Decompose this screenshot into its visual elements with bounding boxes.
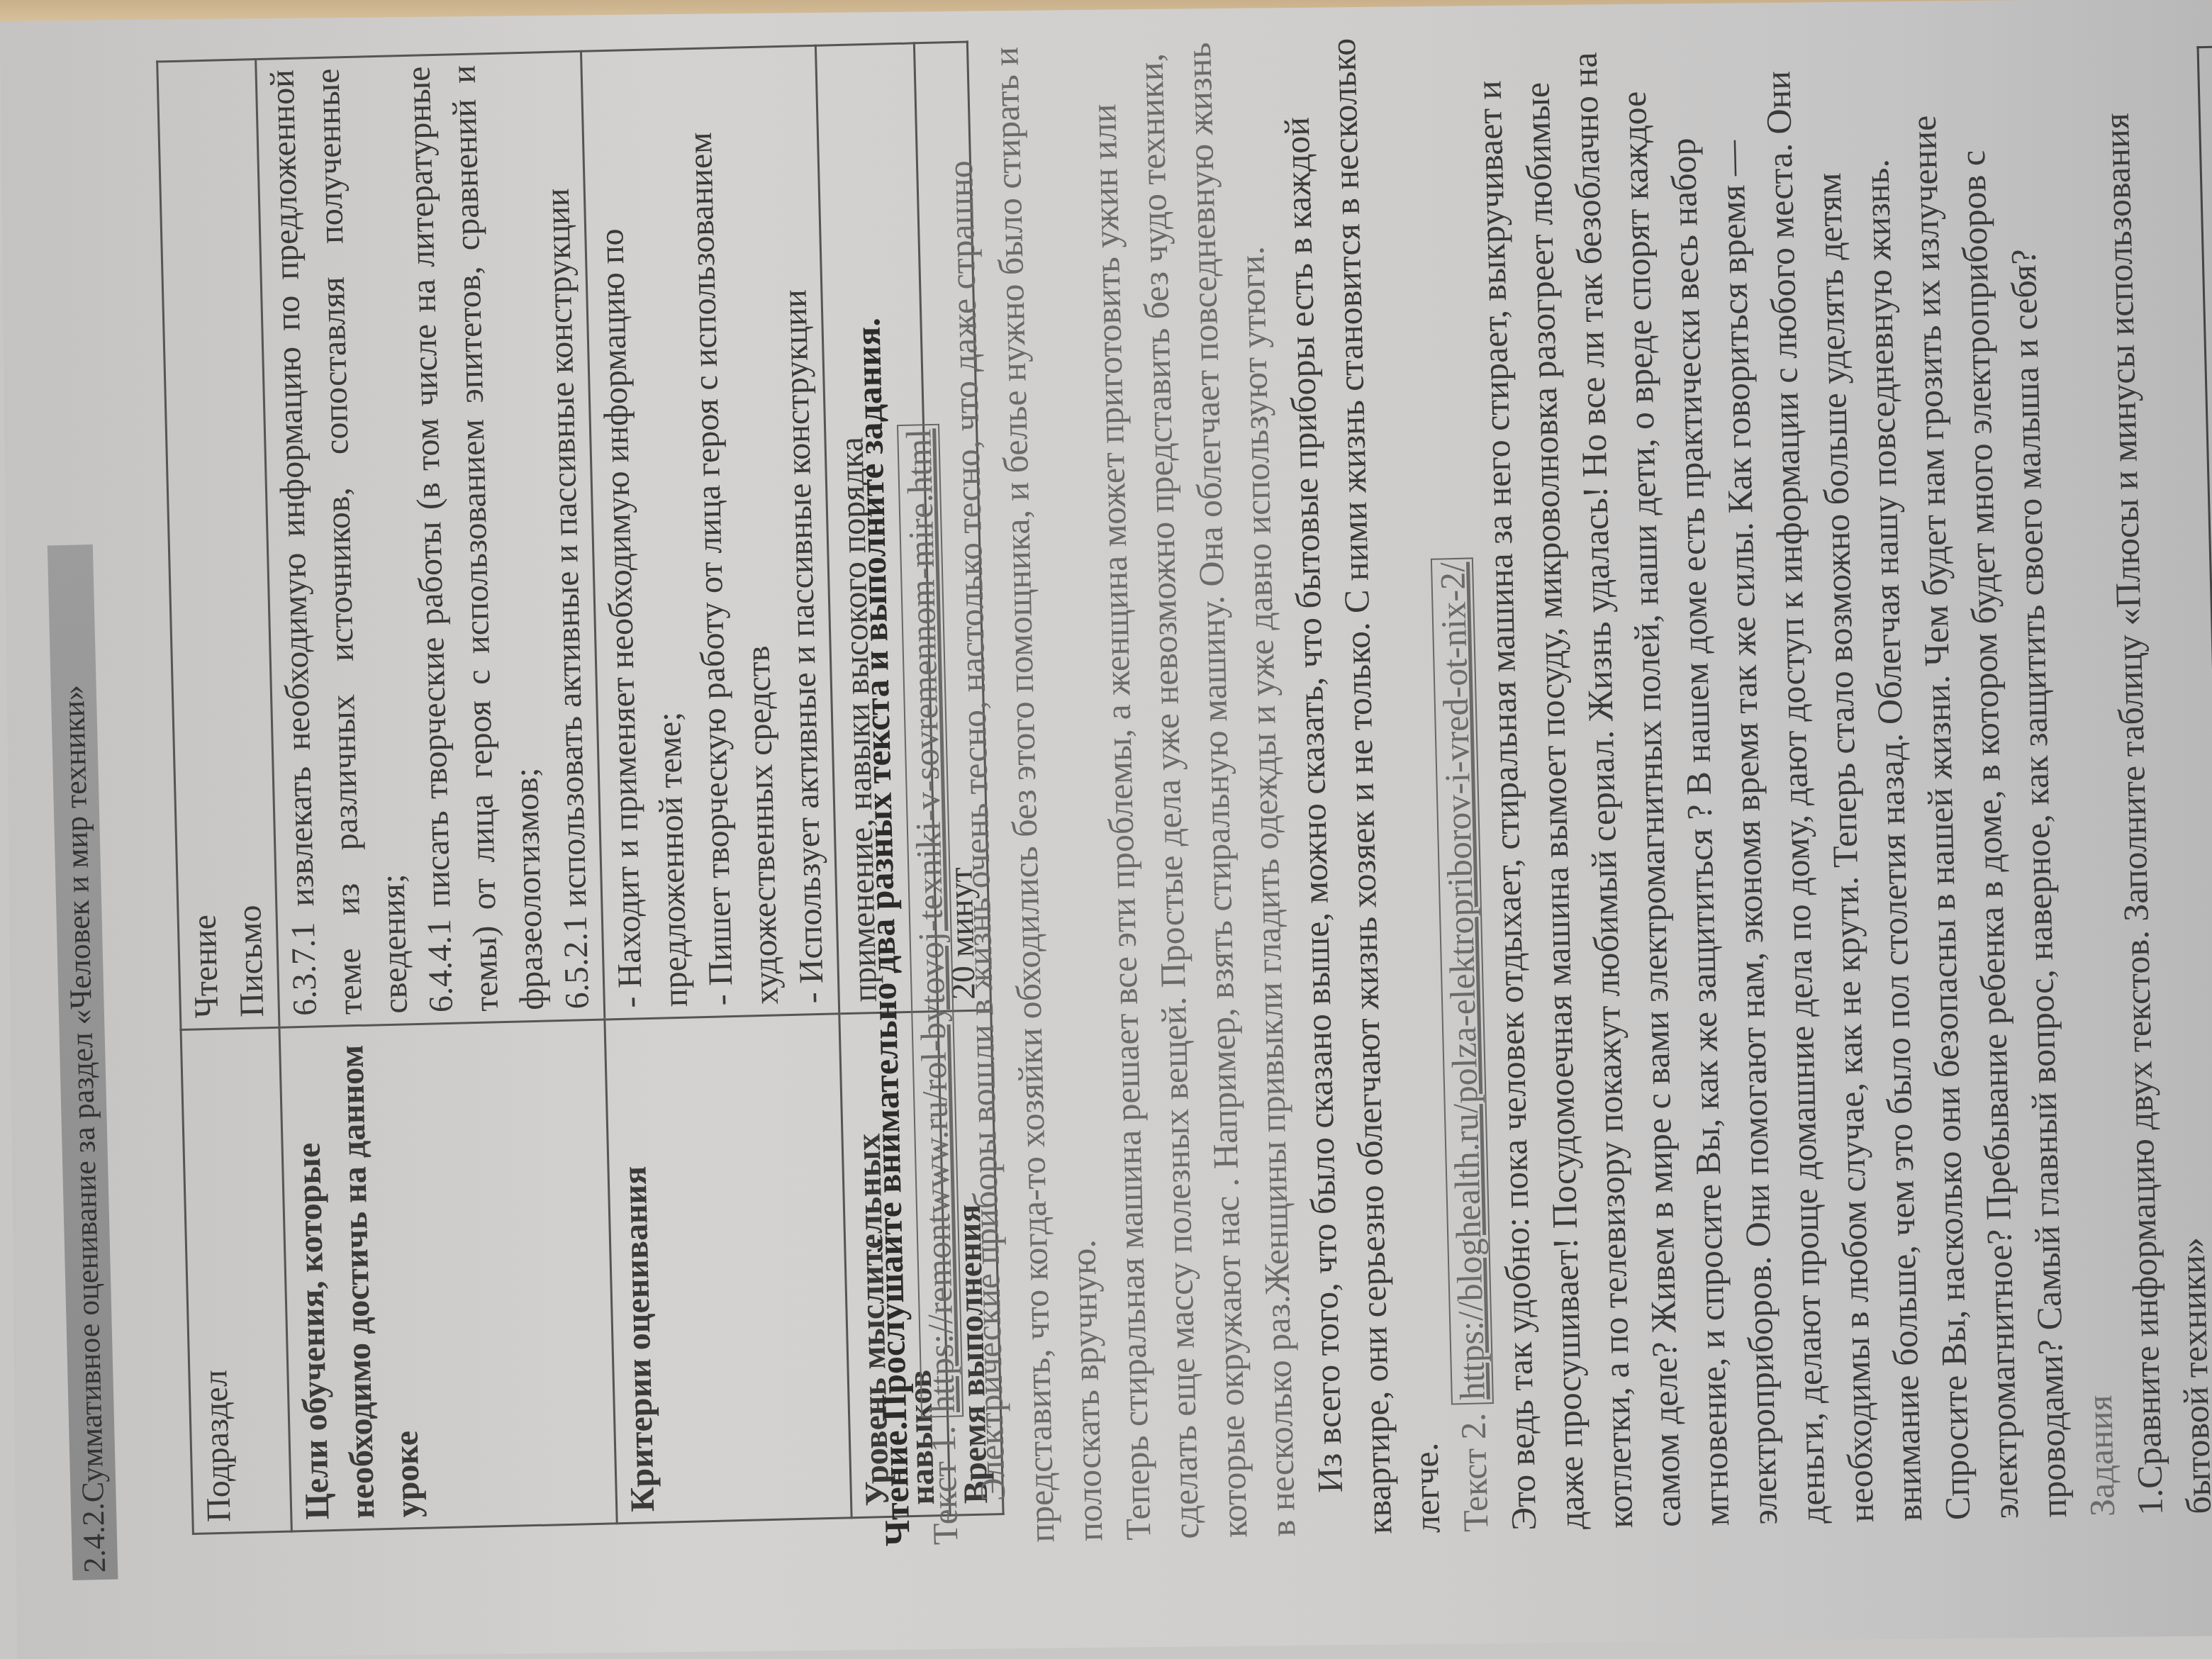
value-line: 6.4.4.1 писать творческие работы (в том … xyxy=(396,64,555,1013)
row-label: Критерии оценивания xyxy=(605,1014,851,1524)
reading-section: Чтение.Прослушайте внимательно два разны… xyxy=(837,0,2212,1546)
section-title: 2.4.2.Суммативное оценивание за раздел «… xyxy=(48,544,118,1580)
table-row: Цели обучения, которые необходимо достич… xyxy=(256,51,618,1531)
text2-label: Текст 2. xyxy=(1453,1412,1495,1532)
row-label: Подраздел xyxy=(181,1027,291,1534)
paper-sheet: 2.4.2.Суммативное оценивание за раздел «… xyxy=(0,0,2212,1659)
row-value: - Находит и применяет необходимую информ… xyxy=(581,45,839,1020)
value-line: 6.3.7.1 извлекать необходимую информацию… xyxy=(260,67,420,1016)
row-label: Цели обучения, которые необходимо достич… xyxy=(279,1020,617,1531)
text1-paragraph: Теперь стиральная машина решает все эти … xyxy=(1078,33,1307,1541)
text2-paragraph: Это ведь так удобно: пока человек отдыха… xyxy=(1463,15,2079,1531)
row-value: 6.3.7.1 извлекать необходимую информацию… xyxy=(256,51,605,1027)
table-row: Критерии оценивания - Находит и применяе… xyxy=(581,45,851,1523)
rotated-page: 2.4.2.Суммативное оценивание за раздел «… xyxy=(35,0,2200,1609)
text1-label: Текст 1. xyxy=(923,1425,966,1545)
